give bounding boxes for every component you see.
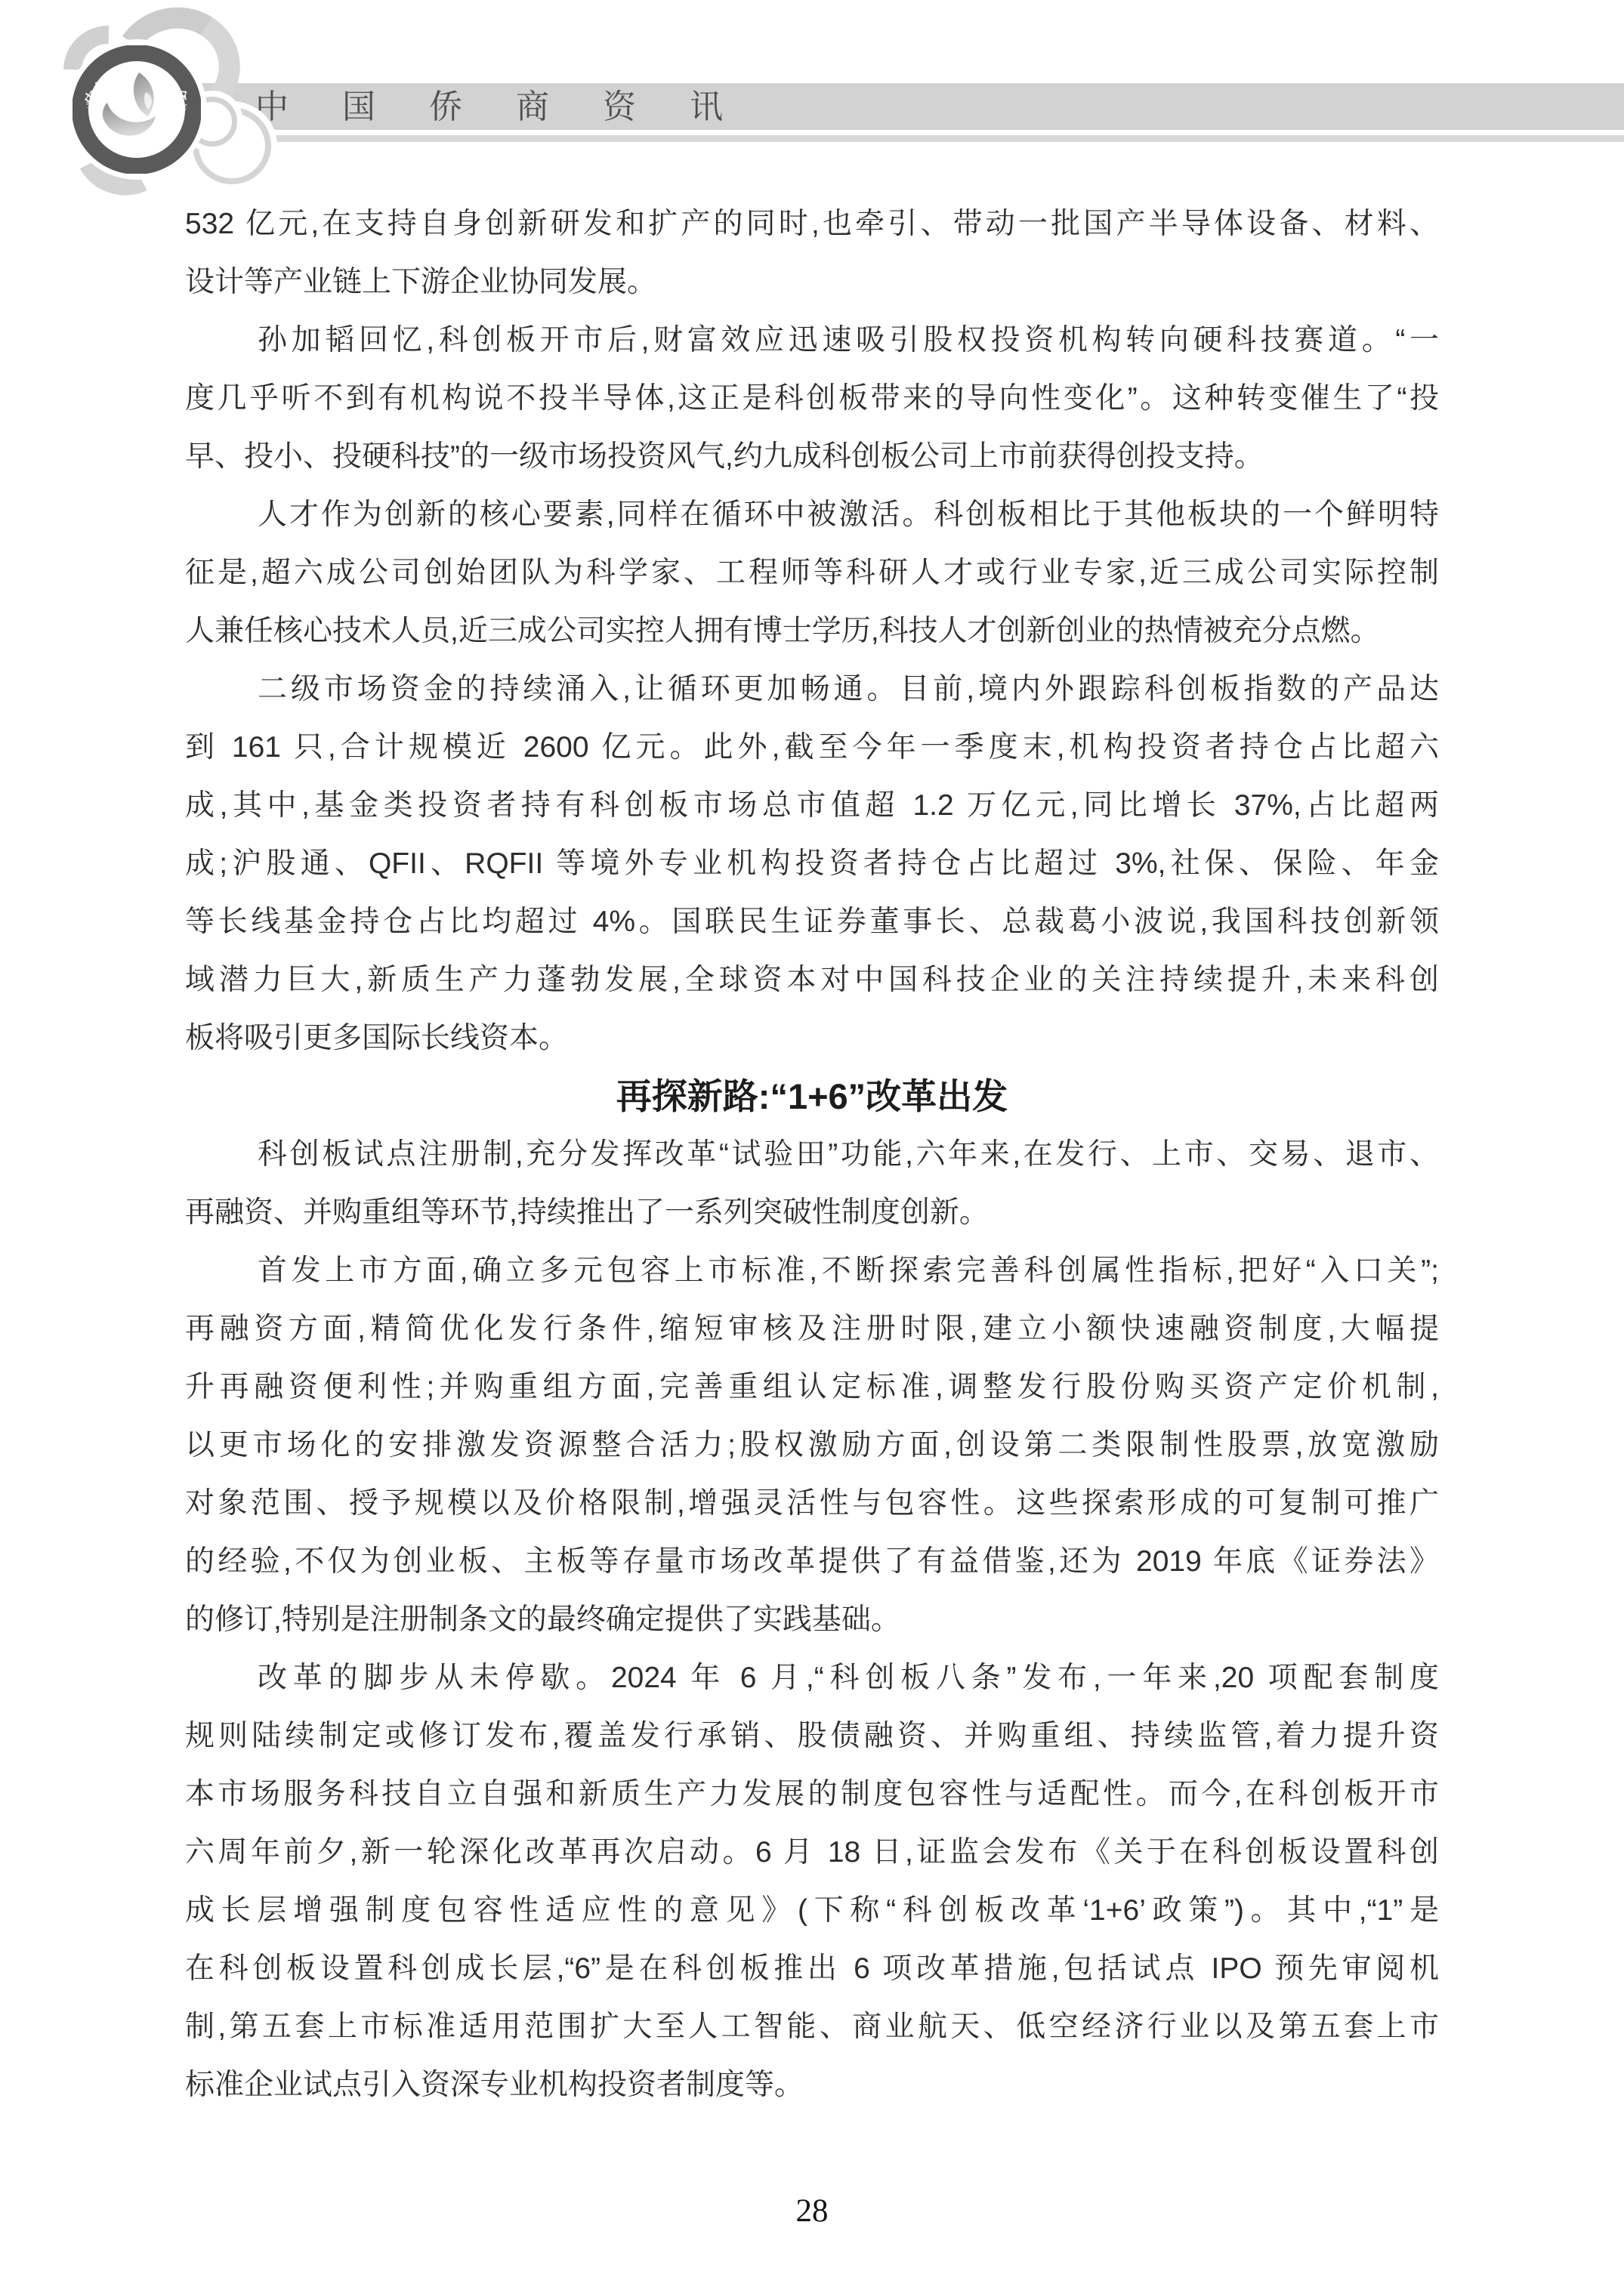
text-line: 在科创板设置科创成长层,“6”是在科创板推出 6 项改革措施,包括试点 IPO … bbox=[185, 1940, 1439, 1998]
text-line: 六周年前夕,新一轮深化改革再次启动。6 月 18 日,证监会发布《关于在科创板设… bbox=[185, 1823, 1439, 1881]
text-line: 板将吸引更多国际长线资本。 bbox=[185, 1009, 1439, 1067]
text-line: 以更市场化的安排激发资源整合活力;股权激励方面,创设第二类限制性股票,放宽激励 bbox=[185, 1416, 1439, 1474]
text-line: 科创板试点注册制,充分发挥改革“试验田”功能,六年来,在发行、上市、交易、退市、 bbox=[185, 1125, 1439, 1184]
text-line: 成;沪股通、QFII、RQFII 等境外专业机构投资者持仓占比超过 3%,社保、… bbox=[185, 835, 1439, 893]
text-line: 改革的脚步从未停歇。2024 年 6 月,“科创板八条”发布,一年来,20 项配… bbox=[185, 1649, 1439, 1707]
text-line: 孙加韬回忆,科创板开市后,财富效应迅速吸引股权投资机构转向硬科技赛道。“一 bbox=[185, 311, 1439, 369]
text-line: 再融资方面,精简优化发行条件,缩短审核及注册时限,建立小额快速融资制度,大幅提 bbox=[185, 1300, 1439, 1358]
document-page: { "header": { "masthead_title": "中国侨商资讯"… bbox=[0, 0, 1624, 2293]
text-line: 到 161 只,合计规模近 2600 亿元。此外,截至今年一季度末,机构投资者持… bbox=[185, 718, 1439, 776]
text-line: 人兼任核心技术人员,近三成公司实控人拥有博士学历,科技人才创新创业的热情被充分点… bbox=[185, 602, 1439, 660]
text-line: 等长线基金持仓占比均超过 4%。国联民生证券董事长、总裁葛小波说,我国科技创新领 bbox=[185, 893, 1439, 951]
organization-seal-logo: 中国侨商联合会 CHINA FEDERATION OF OVERSEAS CHI… bbox=[73, 45, 201, 174]
section-heading: 再探新路:“1+6”改革出发 bbox=[185, 1067, 1439, 1125]
text-line: 征是,超六成公司创始团队为科学家、工程师等科研人才或行业专家,近三成公司实际控制 bbox=[185, 544, 1439, 602]
page-number: 28 bbox=[185, 2193, 1439, 2230]
article-body: 532 亿元,在支持自身创新研发和扩产的同时,也牵引、带动一批国产半导体设备、材… bbox=[185, 195, 1439, 2114]
text-line: 的修订,特别是注册制条文的最终确定提供了实践基础。 bbox=[185, 1591, 1439, 1649]
text-line: 本市场服务科技自立自强和新质生产力发展的制度包容性与适配性。而今,在科创板开市 bbox=[185, 1765, 1439, 1823]
masthead-title: 中国侨商资讯 bbox=[255, 83, 776, 130]
text-line: 再融资、并购重组等环节,持续推出了一系列突破性制度创新。 bbox=[185, 1184, 1439, 1242]
text-line: 的经验,不仅为创业板、主板等存量市场改革提供了有益借鉴,还为 2019 年底《证… bbox=[185, 1532, 1439, 1591]
text-line: 设计等产业链上下游企业协同发展。 bbox=[185, 253, 1439, 311]
text-line: 首发上市方面,确立多元包容上市标准,不断探索完善科创属性指标,把好“入口关”; bbox=[185, 1242, 1439, 1300]
text-line: 度几乎听不到有机构说不投半导体,这正是科创板带来的导向性变化”。这种转变催生了“… bbox=[185, 369, 1439, 427]
text-line: 早、投小、投硬科技”的一级市场投资风气,约九成科创板公司上市前获得创投支持。 bbox=[185, 427, 1439, 486]
text-line: 制,第五套上市标准适用范围扩大至人工智能、商业航天、低空经济行业以及第五套上市 bbox=[185, 1998, 1439, 2056]
text-line: 规则陆续制定或修订发布,覆盖发行承销、股债融资、并购重组、持续监管,着力提升资 bbox=[185, 1707, 1439, 1765]
seal-graphic: 中国侨商联合会 CHINA FEDERATION OF OVERSEAS CHI… bbox=[73, 45, 201, 174]
text-line: 成长层增强制度包容性适应性的意见》(下称“科创板改革‘1+6’政策”)。其中,“… bbox=[185, 1881, 1439, 1940]
text-line: 成,其中,基金类投资者持有科创板市场总市值超 1.2 万亿元,同比增长 37%,… bbox=[185, 776, 1439, 835]
masthead-underline-bar bbox=[227, 135, 1624, 142]
text-line: 人才作为创新的核心要素,同样在循环中被激活。科创板相比于其他板块的一个鲜明特 bbox=[185, 486, 1439, 544]
text-line: 标准企业试点引入资深专业机构投资者制度等。 bbox=[185, 2056, 1439, 2114]
masthead-band: 中国侨商资讯 bbox=[178, 83, 1624, 130]
text-line: 532 亿元,在支持自身创新研发和扩产的同时,也牵引、带动一批国产半导体设备、材… bbox=[185, 195, 1439, 253]
text-line: 二级市场资金的持续涌入,让循环更加畅通。目前,境内外跟踪科创板指数的产品达 bbox=[185, 660, 1439, 718]
text-line: 升再融资便利性;并购重组方面,完善重组认定标准,调整发行股份购买资产定价机制, bbox=[185, 1358, 1439, 1416]
text-line: 对象范围、授予规模以及价格限制,增强灵活性与包容性。这些探索形成的可复制可推广 bbox=[185, 1474, 1439, 1532]
text-line: 域潜力巨大,新质生产力蓬勃发展,全球资本对中国科技企业的关注持续提升,未来科创 bbox=[185, 951, 1439, 1009]
